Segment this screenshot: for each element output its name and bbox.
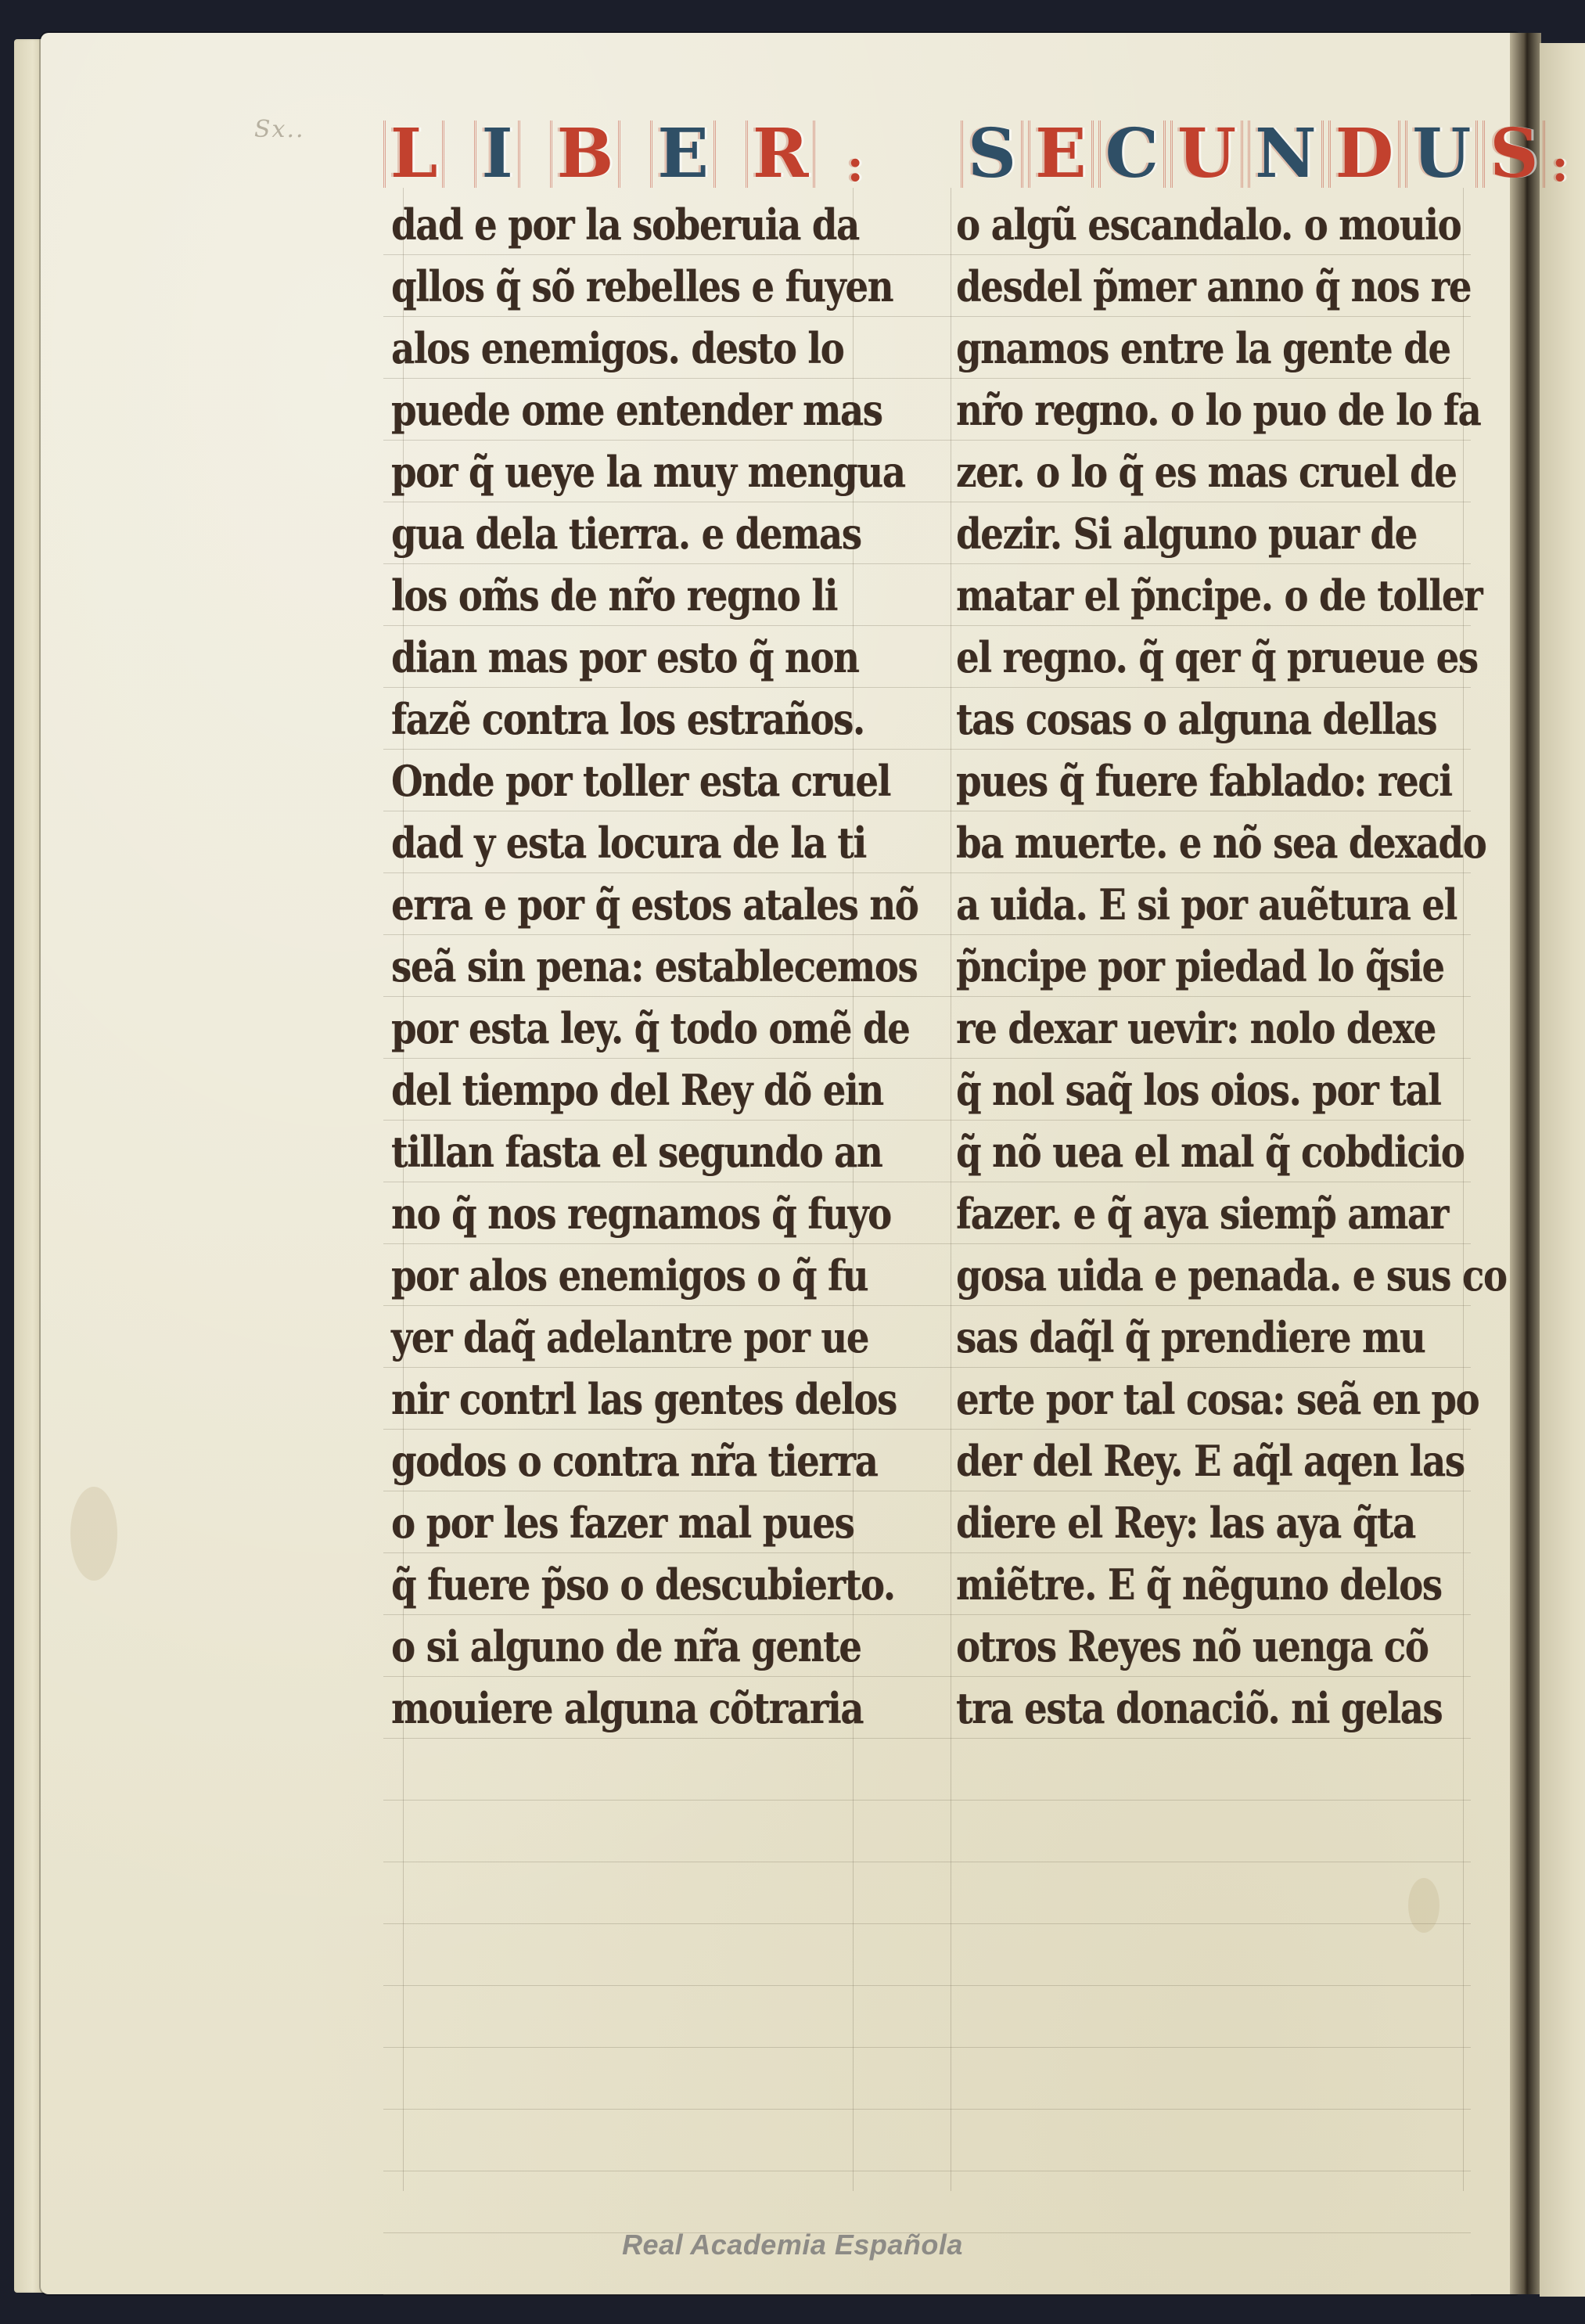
ruling-line: [383, 2171, 1471, 2171]
text-line: tra esta donaciõ. ni gelas: [956, 1678, 1386, 1739]
rubric-capital: :: [1550, 142, 1569, 188]
text-line: Onde por toller esta cruel: [391, 750, 802, 812]
ruling-line: [383, 1923, 1471, 1924]
marginal-note: Sx..: [254, 116, 305, 143]
text-line: por q̃ ueye la muy mengua: [391, 441, 802, 503]
rubric-capital: N: [1248, 121, 1324, 188]
text-line: der del Rey. E aq̃l aqen las: [956, 1430, 1386, 1492]
watermark: Real Academia Española: [0, 2229, 1585, 2261]
text-line: gnamos entre la gente de: [956, 318, 1386, 380]
text-line: o si alguno de nr̃a gente: [391, 1616, 802, 1678]
running-header-left: LIBER:: [383, 102, 865, 188]
ruling-column-line: [951, 188, 951, 2191]
rubric-capital: B: [550, 121, 621, 188]
text-line: ba muerte. e nõ sea dexado: [956, 812, 1386, 874]
ruling-column-line: [1463, 188, 1464, 2191]
ruling-line: [383, 2294, 1471, 2295]
text-line: dad e por la soberuia da: [391, 194, 802, 256]
text-line: gosa uida e penada. e sus co: [956, 1245, 1386, 1307]
text-line: q̃ nõ uea el mal q̃ cobdicio: [956, 1121, 1386, 1183]
ruling-line: [383, 1862, 1471, 1862]
ruling-line: [383, 2109, 1471, 2110]
text-line: yer daq̃ adelantre por ue: [391, 1307, 802, 1369]
text-line: o algũ escandalo. o mouio: [956, 194, 1386, 256]
text-line: miẽtre. E q̃ nẽguno delos: [956, 1554, 1386, 1616]
text-line: q̃ nol saq̃ los oios. por tal: [956, 1059, 1386, 1121]
ruling-line: [383, 1800, 1471, 1801]
rubric-capital: E: [1028, 121, 1094, 188]
rubric-capital: C: [1098, 121, 1166, 188]
rubric-capital: I: [474, 121, 519, 188]
rubric-capital: L: [383, 121, 444, 188]
text-line: otros Reyes nõ uenga cõ: [956, 1616, 1386, 1678]
ruling-line: [383, 2047, 1471, 2048]
text-line: o por les fazer mal pues: [391, 1492, 802, 1554]
text-line: puede ome entender mas: [391, 380, 802, 441]
text-line: dian mas por esto q̃ non: [391, 627, 802, 689]
rubric-capital: S: [961, 121, 1023, 188]
text-line: diere el Rey: las aya q̃ta: [956, 1492, 1386, 1554]
rubric-capital: U: [1170, 121, 1243, 188]
text-line: a uida. E si por auẽtura el: [956, 874, 1386, 936]
text-line: nir contrl las gentes delos: [391, 1369, 802, 1430]
text-line: por esta ley. q̃ todo omẽ de: [391, 998, 802, 1059]
text-line: gua dela tierra. e demas: [391, 503, 802, 565]
text-line: nr̃o regno. o lo puo de lo fa: [956, 380, 1386, 441]
text-line: erte por tal cosa: seã en po: [956, 1369, 1386, 1430]
text-line: q̃ fuere p̃so o descubierto.: [391, 1554, 802, 1616]
text-line: qllos q̃ sõ rebelles e fuyen: [391, 256, 802, 318]
text-line: los om̃s de nr̃o regno li: [391, 565, 802, 627]
parchment-stain: [70, 1487, 117, 1581]
rubric-capital: S: [1483, 121, 1545, 188]
text-line: el regno. q̃ qer q̃ prueue es: [956, 627, 1386, 689]
text-column-left: dad e por la soberuia daqllos q̃ sõ rebe…: [391, 194, 868, 1739]
ruling-line: [383, 1985, 1471, 1986]
text-line: desdel p̃mer anno q̃ nos re: [956, 256, 1386, 318]
text-line: fazẽ contra los estraños.: [391, 689, 802, 750]
rubric-capital: R: [746, 121, 815, 188]
binding-gutter: [1510, 33, 1541, 2294]
text-line: matar el p̃ncipe. o de toller: [956, 565, 1386, 627]
text-line: p̃ncipe por piedad lo q̃sie: [956, 936, 1386, 998]
text-line: pues q̃ fuere fablado: reci: [956, 750, 1386, 812]
text-line: erra e por q̃ estos atales nõ: [391, 874, 802, 936]
text-line: no q̃ nos regnamos q̃ fuyo: [391, 1183, 802, 1245]
text-line: sas daq̃l q̃ prendiere mu: [956, 1307, 1386, 1369]
rubric-capital: E: [650, 121, 716, 188]
text-line: re dexar uevir: nolo dexe: [956, 998, 1386, 1059]
text-line: seã sin pena: establecemos: [391, 936, 802, 998]
text-line: alos enemigos. desto lo: [391, 318, 802, 380]
text-line: dad y esta locura de la ti: [391, 812, 802, 874]
text-line: tas cosas o alguna dellas: [956, 689, 1386, 750]
text-line: tillan fasta el segundo an: [391, 1121, 802, 1183]
text-line: mouiere alguna cõtraria: [391, 1678, 802, 1739]
rubric-capital: D: [1328, 121, 1401, 188]
text-line: zer. o lo q̃ es mas cruel de: [956, 441, 1386, 503]
text-line: godos o contra nr̃a tierra: [391, 1430, 802, 1492]
facing-page-edge: [1540, 43, 1585, 2297]
rubric-capital: :: [845, 142, 864, 188]
running-header-right: SECUNDUS:: [961, 102, 1570, 188]
text-line: por alos enemigos o q̃ fu: [391, 1245, 802, 1307]
text-column-right: o algũ escandalo. o mouiodesdel p̃mer an…: [956, 194, 1457, 1739]
parchment-stain: [1408, 1878, 1439, 1933]
text-line: fazer. e q̃ aya siemp̃ amar: [956, 1183, 1386, 1245]
rubric-capital: U: [1405, 121, 1478, 188]
text-line: del tiempo del Rey dõ ein: [391, 1059, 802, 1121]
text-line: dezir. Si alguno puar de: [956, 503, 1386, 565]
